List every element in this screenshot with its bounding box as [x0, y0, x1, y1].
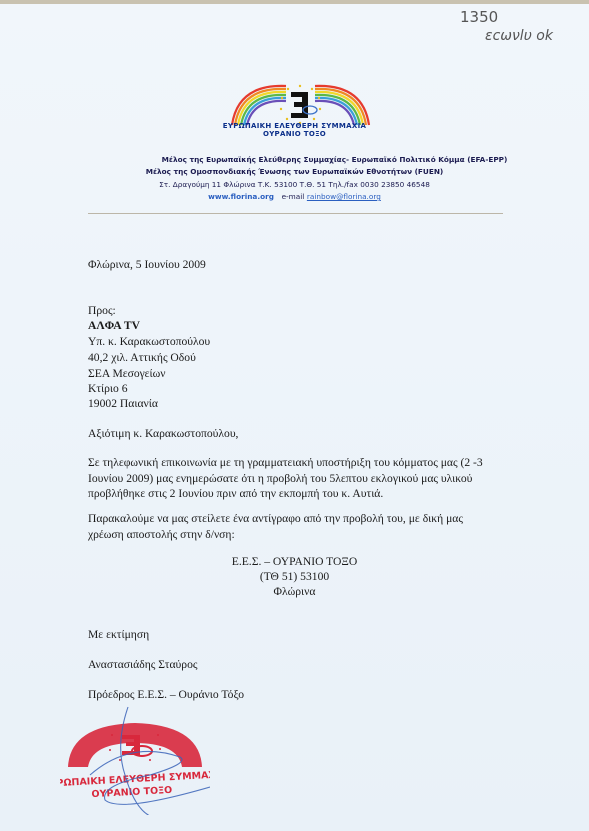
recipient-postcode: 19002 Παιανία	[88, 397, 158, 410]
recipient-building: Κτίριο 6	[88, 382, 128, 395]
logo-subtitle: ΟΥΡΑΝΙΟ ΤΟΞΟ	[0, 130, 589, 138]
recipient-address-2: ΣΕΑ Μεσογείων	[88, 367, 165, 380]
salutation: Αξιότιμη κ. Καρακωστοπούλου,	[88, 427, 238, 440]
letter-date: Φλώρινα, 5 Ιουνίου 2009	[88, 258, 206, 271]
letter-page: 1350 εcωνlυ οk ΕΥΡΩΠΑΙΚΗ ΕΛΕΥΘΕΡΗ ΣΥΜΜΑ	[0, 0, 589, 831]
svg-text:ΟΥΡΑΝΙΟ ΤΟΞΟ: ΟΥΡΑΝΙΟ ΤΟΞΟ	[91, 785, 172, 800]
closing: Με εκτίμηση	[88, 628, 149, 641]
return-address-line: (ΤΘ 51) 53100	[0, 570, 589, 583]
return-address-line: Φλώρινα	[0, 585, 589, 598]
paragraph-1-line: Ιουνίου 2009) μας ενημερώσατε ότι η προβ…	[88, 472, 472, 485]
paragraph-1-line: προβλήθηκε στις 2 Ιουνίου πριν από την ε…	[88, 487, 383, 500]
web-contact-line: www.florina.org e-mail rainbow@florina.o…	[0, 192, 589, 201]
signatory-name: Αναστασιάδης Σταύρος	[88, 658, 197, 671]
scan-edge	[0, 0, 589, 4]
handwritten-text: εcωνlυ οk	[485, 28, 553, 44]
handwritten-note: 1350 εcωνlυ οk	[455, 6, 575, 56]
paragraph-1-line: Σε τηλεφωνική επικοινωνία με τη γραμματε…	[88, 456, 483, 469]
header-divider	[88, 213, 503, 214]
paragraph-2-line: Παρακαλούμε να μας στείλετε ένα αντίγραφ…	[88, 512, 463, 525]
contact-address: Στ. Δραγούμη 11 Φλώρινα Τ.Κ. 53100 Τ.Θ. …	[0, 180, 589, 189]
website-link[interactable]: www.florina.org	[208, 192, 274, 201]
return-address-line: Ε.Ε.Σ. – ΟΥΡΑΝΙΟ ΤΟΞΟ	[0, 555, 589, 568]
to-label: Προς:	[88, 304, 116, 317]
handwritten-number: 1350	[460, 8, 498, 26]
recipient-address-1: 40,2 χιλ. Αττικής Οδού	[88, 351, 196, 364]
recipient-attention: Υπ. κ. Καρακωστοπούλου	[88, 335, 210, 348]
logo-title: ΕΥΡΩΠΑΙΚΗ ΕΛΕΥΘΕΡΗ ΣΥΜΜΑΧΙΑ	[0, 122, 589, 130]
membership-line-1: Μέλος της Ευρωπαϊκής Ελεύθερης Συμμαχίας…	[40, 155, 589, 164]
email-label: e-mail	[282, 192, 305, 201]
membership-line-2: Μέλος της Ομοσπονδιακής Ένωσης των Ευρωπ…	[0, 167, 589, 176]
party-stamp-icon: ΕΥΡΩΠΑΙΚΗ ΕΛΕΥΘΕΡΗ ΣΥΜΜΑΧΙΑ ΟΥΡΑΝΙΟ ΤΟΞΟ	[60, 705, 210, 815]
paragraph-2-line: χρέωση αποστολής στην δ/νση:	[88, 528, 235, 541]
email-link[interactable]: rainbow@florina.org	[307, 192, 381, 201]
recipient-name: ΑΛΦΑ TV	[88, 319, 140, 332]
signatory-title: Πρόεδρος Ε.Ε.Σ. – Ουράνιο Τόξο	[88, 688, 244, 701]
